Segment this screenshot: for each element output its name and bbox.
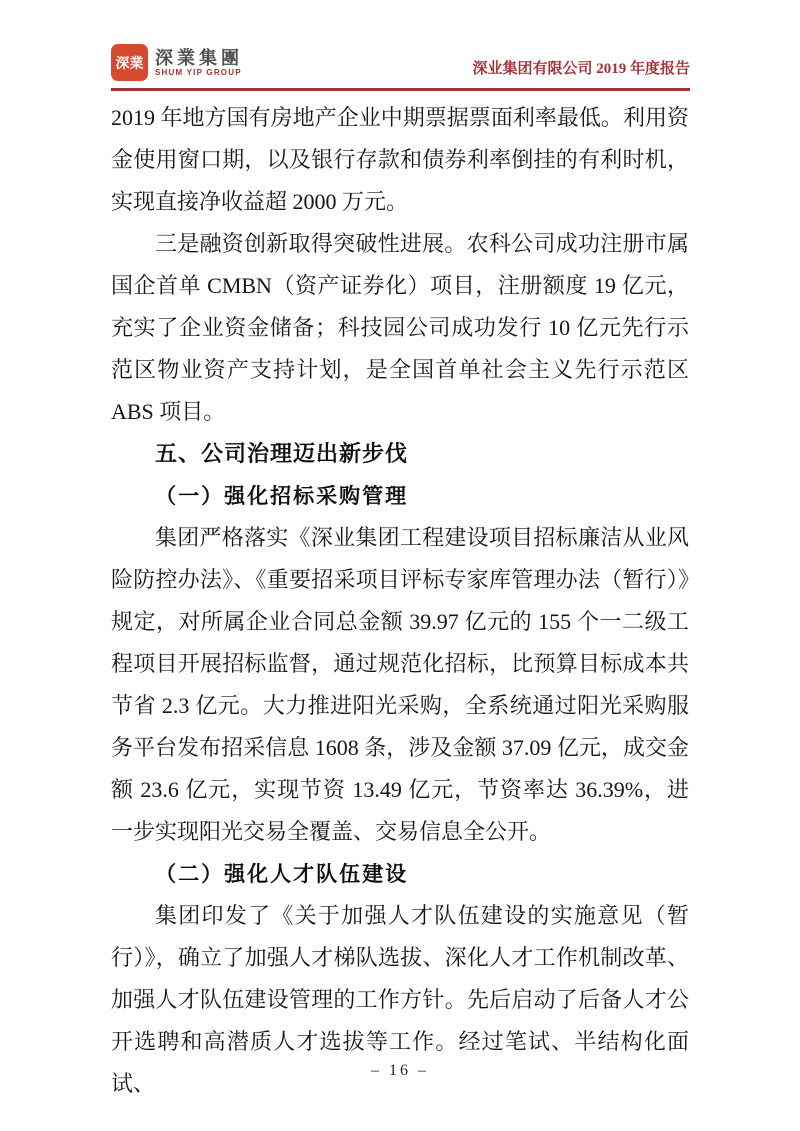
- subsection-heading: （二）强化人才队伍建设: [111, 853, 689, 895]
- report-page: 深業 深業集團 SHUM YIP GROUP 深业集团有限公司 2019 年度报…: [0, 0, 800, 1131]
- page-number: – 16 –: [0, 1062, 800, 1080]
- paragraph: 集团严格落实《深业集团工程建设项目招标廉洁从业风险防控办法》、《重要招采项目评标…: [111, 517, 689, 853]
- section-heading: 五、公司治理迈出新步伐: [111, 433, 689, 475]
- brand-name-en: SHUM YIP GROUP: [155, 68, 243, 77]
- paragraph: 三是融资创新取得突破性进展。农科公司成功注册市属国企首单 CMBN（资产证券化）…: [111, 223, 689, 433]
- shumyip-logo: 深業 深業集團 SHUM YIP GROUP: [111, 44, 243, 81]
- page-content: 2019 年地方国有房地产企业中期票据票面利率最低。利用资金使用窗口期，以及银行…: [111, 97, 689, 1105]
- page-header: 深業 深業集團 SHUM YIP GROUP 深业集团有限公司 2019 年度报…: [111, 44, 690, 91]
- brand-name-cn: 深業集團: [155, 48, 243, 69]
- report-title: 深业集团有限公司 2019 年度报告: [472, 57, 690, 81]
- subsection-heading: （一）强化招标采购管理: [111, 475, 689, 517]
- brand-text: 深業集團 SHUM YIP GROUP: [155, 48, 243, 78]
- shumyip-seal-icon: 深業: [111, 44, 148, 81]
- paragraph-continued: 2019 年地方国有房地产企业中期票据票面利率最低。利用资金使用窗口期，以及银行…: [111, 97, 689, 223]
- header-row: 深業 深業集團 SHUM YIP GROUP 深业集团有限公司 2019 年度报…: [111, 44, 690, 91]
